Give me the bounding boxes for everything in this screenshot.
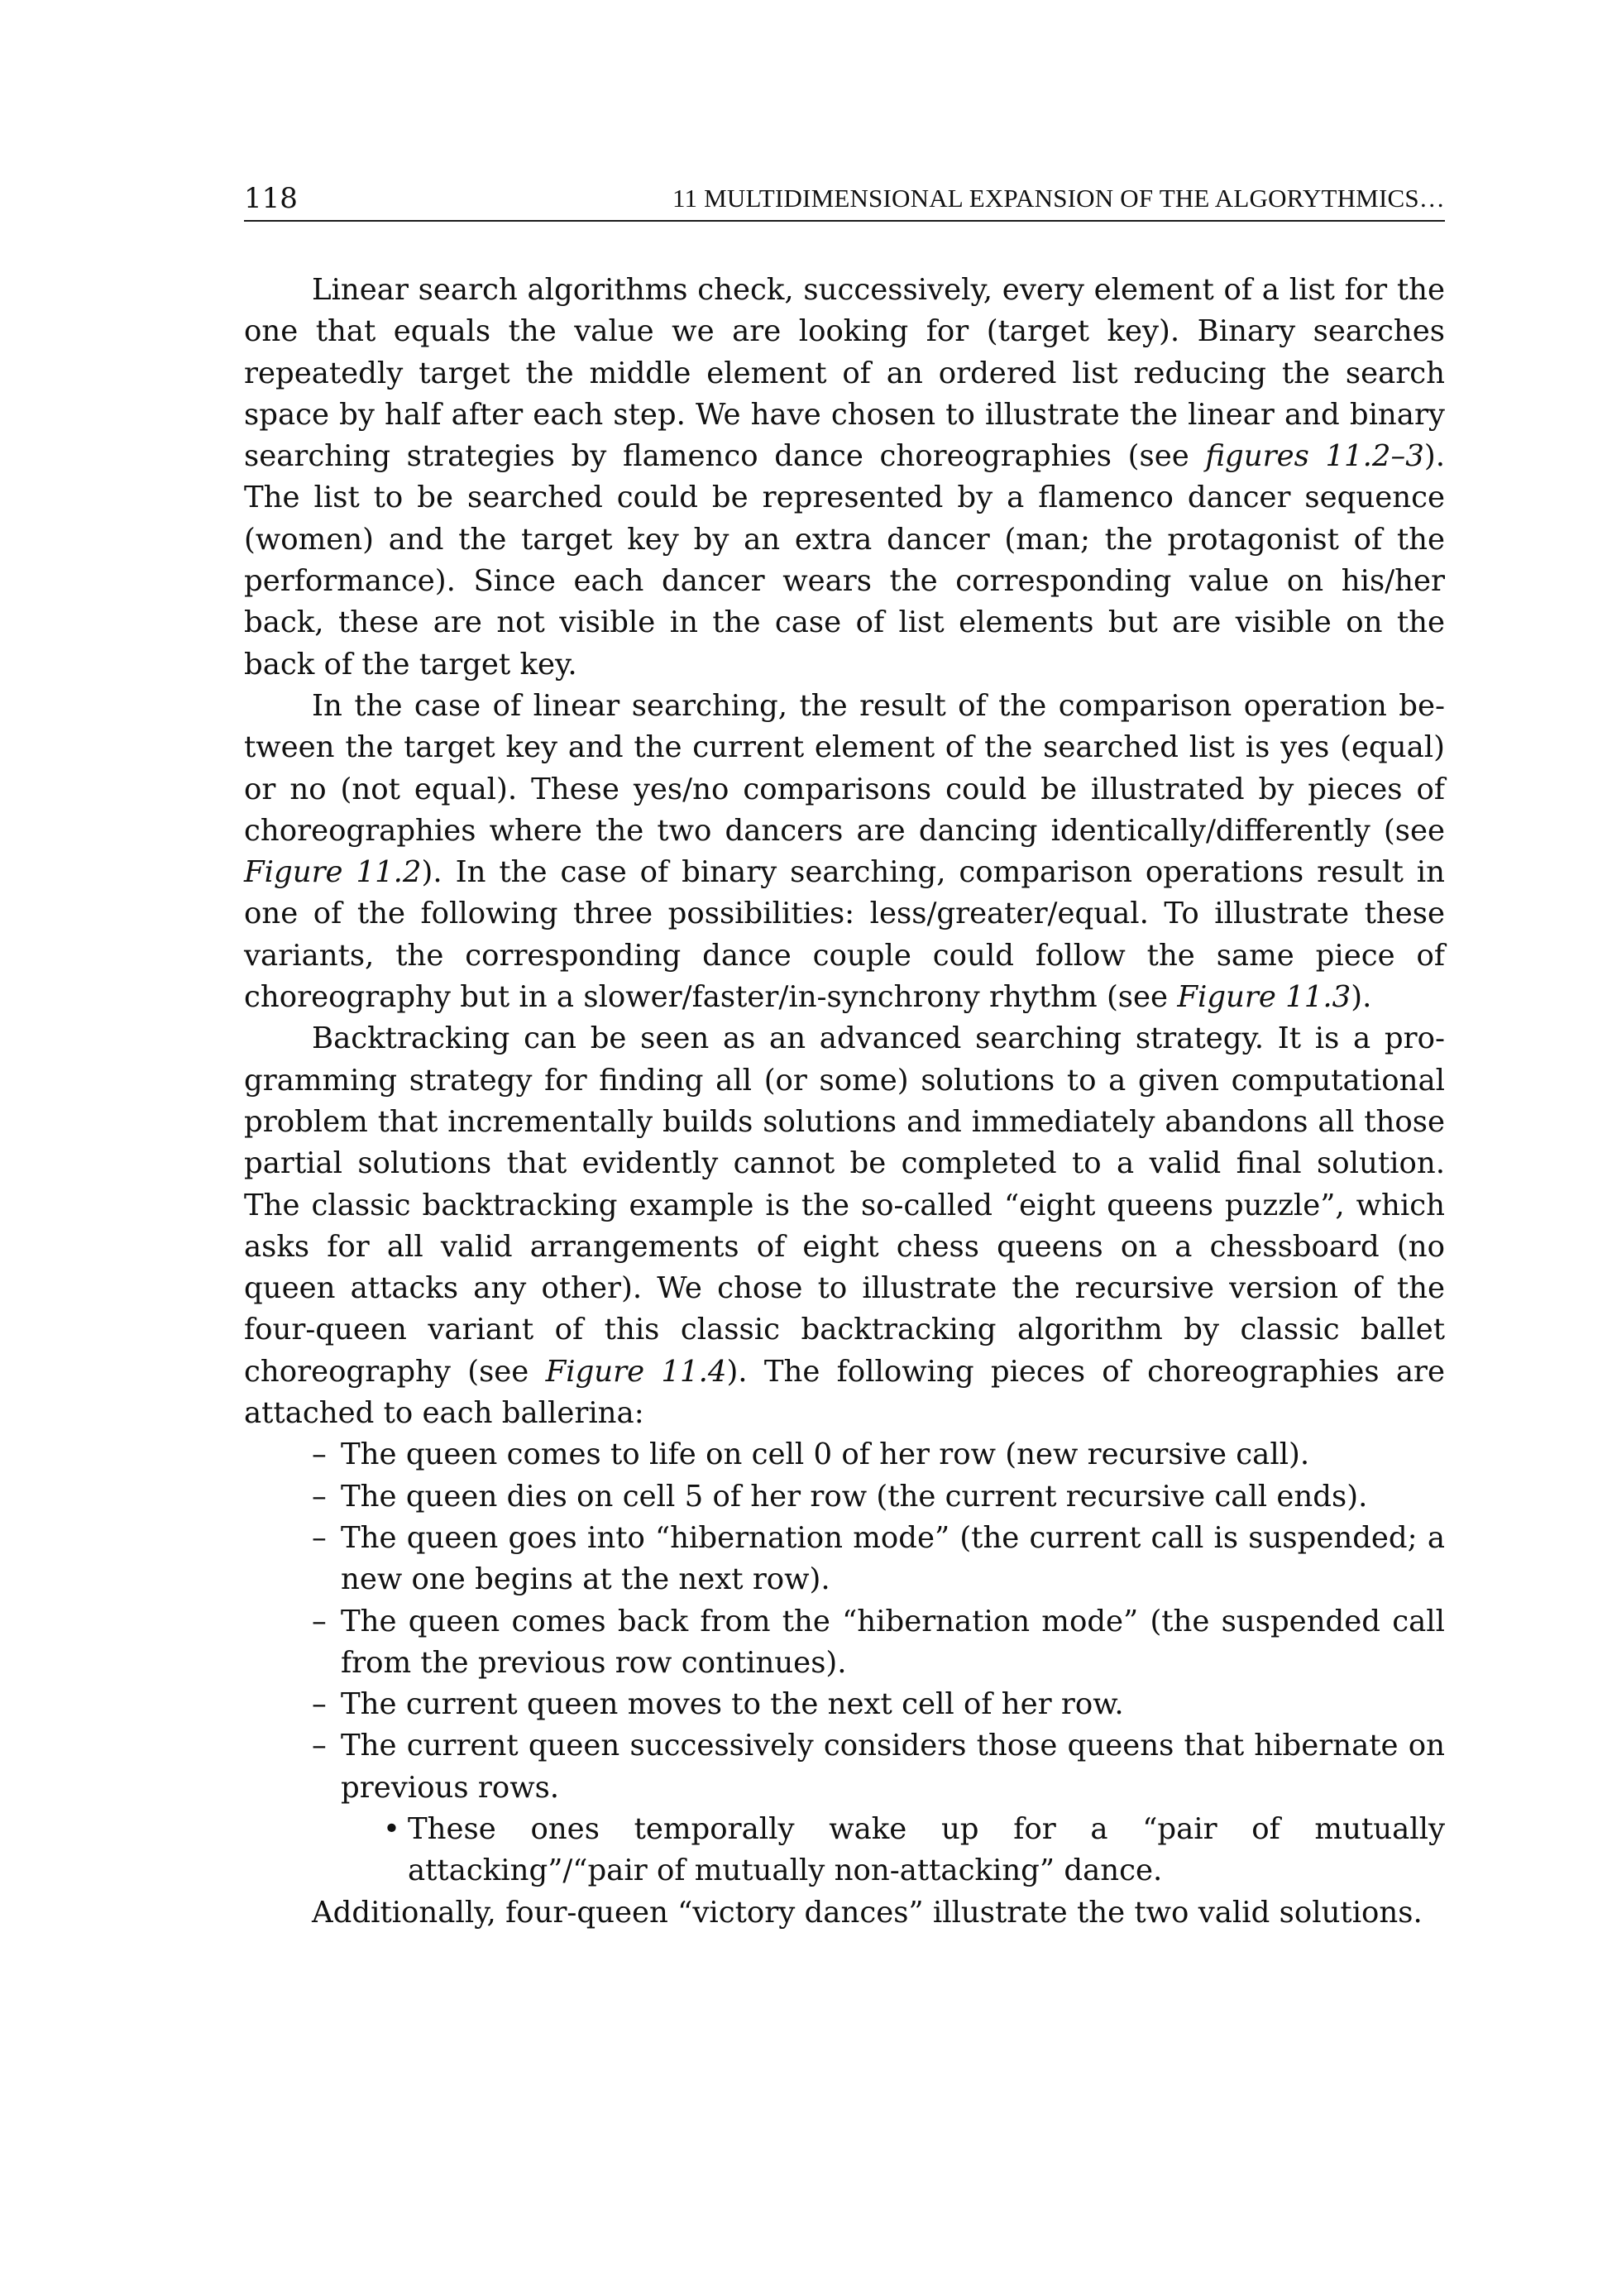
dash-marker: – xyxy=(312,1434,327,1476)
list-item-text: The queen comes to life on cell 0 of her… xyxy=(341,1437,1309,1471)
figure-reference: figures 11.2–3 xyxy=(1205,439,1423,473)
list-item: – The current queen moves to the next ce… xyxy=(244,1684,1445,1725)
dash-marker: – xyxy=(312,1725,327,1767)
list-item-text: The queen comes back from the “hibernati… xyxy=(341,1605,1445,1680)
running-head: 118 11 MULTIDIMENSIONAL EXPANSION OF THE… xyxy=(244,180,1445,222)
figure-reference: Figure 11.4 xyxy=(546,1355,727,1389)
list-item: – The queen comes to life on cell 0 of h… xyxy=(244,1434,1445,1476)
figure-reference: Figure 11.3 xyxy=(1177,980,1351,1014)
sub-list-item: • These ones temporally wake up for a “p… xyxy=(244,1809,1445,1892)
paragraph-backtracking: Backtracking can be seen as an advanced … xyxy=(244,1018,1445,1434)
list-item: – The queen dies on cell 5 of her row (t… xyxy=(244,1476,1445,1518)
page-number: 118 xyxy=(244,180,298,217)
list-item-text: The current queen successively considers… xyxy=(341,1729,1445,1804)
text-segment: In the case of linear searching, the res… xyxy=(244,689,1445,848)
paragraph-linear-binary-search: Linear search algorithms check, successi… xyxy=(244,270,1445,686)
list-item: – The queen comes back from the “hiberna… xyxy=(244,1601,1445,1685)
list-item: – The queen goes into “hibernation mode”… xyxy=(244,1518,1445,1601)
choreography-sub-list: • These ones temporally wake up for a “p… xyxy=(244,1809,1445,1892)
dash-marker: – xyxy=(312,1518,327,1559)
closing-sentence: Additionally, four-queen “victory dances… xyxy=(244,1892,1445,1934)
figure-reference: Figure 11.2 xyxy=(244,855,422,889)
text-segment: ). The list to be searched could be repr… xyxy=(244,439,1445,681)
choreography-list: – The queen comes to life on cell 0 of h… xyxy=(244,1434,1445,1809)
paragraph-comparison-operations: In the case of linear searching, the res… xyxy=(244,686,1445,1018)
bullet-marker: • xyxy=(383,1809,400,1850)
text-segment: Backtracking can be seen as an advanced … xyxy=(244,1021,1445,1388)
dash-marker: – xyxy=(312,1476,327,1518)
sub-list-item-text: These ones temporally wake up for a “pai… xyxy=(408,1812,1445,1887)
text-segment: ). xyxy=(1351,980,1371,1014)
dash-marker: – xyxy=(312,1684,327,1725)
list-item: – The current queen successively conside… xyxy=(244,1725,1445,1809)
chapter-title: 11 MULTIDIMENSIONAL EXPANSION OF THE ALG… xyxy=(672,180,1445,217)
list-item-text: The queen goes into “hibernation mode” (… xyxy=(341,1521,1445,1596)
list-item-text: The queen dies on cell 5 of her row (the… xyxy=(341,1480,1367,1514)
dash-marker: – xyxy=(312,1601,327,1643)
list-item-text: The current queen moves to the next cell… xyxy=(341,1687,1124,1721)
body-text: Linear search algorithms check, successi… xyxy=(244,270,1445,1934)
